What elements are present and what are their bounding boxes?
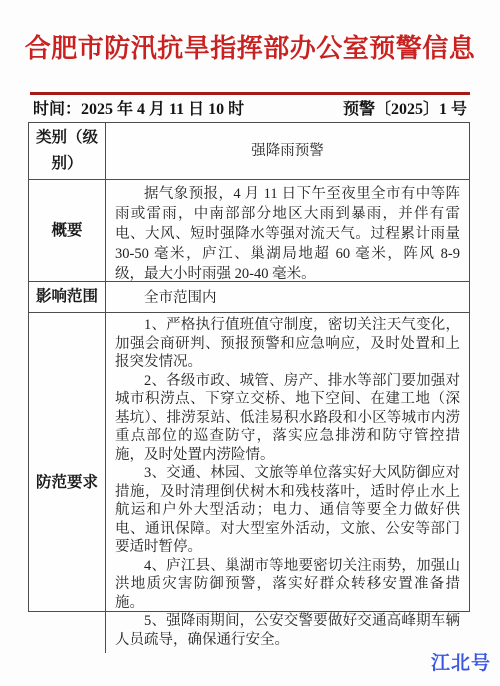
measure-paragraph-2: 2、各级市政、城管、房产、排水等部门要加强对城市积涝点、下穿立交桥、地下空间、在…: [115, 372, 460, 465]
row-value-summary: 据气象预报，4 月 11 日下午至夜里全市有中等阵雨或雷雨，中南部部分地区大雨到…: [106, 180, 469, 281]
doc-number: 预警〔2025〕1 号: [343, 99, 467, 120]
page-title: 合肥市防汛抗旱指挥部办公室预警信息: [0, 27, 500, 71]
measure-paragraph-5: 5、强降雨期间，公安交警要做好交通高峰期车辆人员疏导，确保通行安全。: [115, 612, 460, 649]
scope-paragraph: 全市范围内: [115, 288, 460, 308]
row-value-category: 强降雨预警: [106, 123, 469, 179]
row-value-measures: 1、严格执行值班值守制度，密切关注天气变化，加强会商研判、预报预警和应急响应，及…: [106, 313, 469, 653]
row-label-measures: 防范要求: [29, 313, 106, 653]
table-row-measures: 防范要求 1、严格执行值班值守制度，密切关注天气变化，加强会商研判、预报预警和应…: [29, 313, 469, 653]
meta-row: 时间：2025 年 4 月 11 日 10 时 预警〔2025〕1 号: [33, 99, 467, 120]
row-label-scope: 影响范围: [29, 282, 106, 312]
row-label-summary: 概要: [29, 180, 106, 281]
red-divider: [30, 92, 470, 95]
row-value-scope: 全市范围内: [106, 282, 469, 312]
table-row-scope: 影响范围 全市范围内: [29, 282, 469, 313]
measure-paragraph-4: 4、庐江县、巢湖市等地要密切关注雨势，加强山洪地质灾害防御预警，落实好群众转移安…: [115, 557, 460, 613]
table-row-category: 类别（级别） 强降雨预警: [29, 123, 469, 180]
table-row-summary: 概要 据气象预报，4 月 11 日下午至夜里全市有中等阵雨或雷雨，中南部部分地区…: [29, 180, 469, 282]
warning-table: 类别（级别） 强降雨预警 概要 据气象预报，4 月 11 日下午至夜里全市有中等…: [28, 122, 470, 612]
measure-paragraph-1: 1、严格执行值班值守制度，密切关注天气变化，加强会商研判、预报预警和应急响应，及…: [115, 316, 460, 372]
summary-paragraph: 据气象预报，4 月 11 日下午至夜里全市有中等阵雨或雷雨，中南部部分地区大雨到…: [115, 184, 460, 284]
issue-time: 时间：2025 年 4 月 11 日 10 时: [33, 99, 244, 120]
row-label-category: 类别（级别）: [29, 123, 106, 179]
watermark-label: 江北号: [431, 648, 491, 675]
measure-paragraph-3: 3、交通、林园、文旅等单位落实好大风防御应对措施，及时清理倒伏树木和残枝落叶，适…: [115, 464, 460, 557]
